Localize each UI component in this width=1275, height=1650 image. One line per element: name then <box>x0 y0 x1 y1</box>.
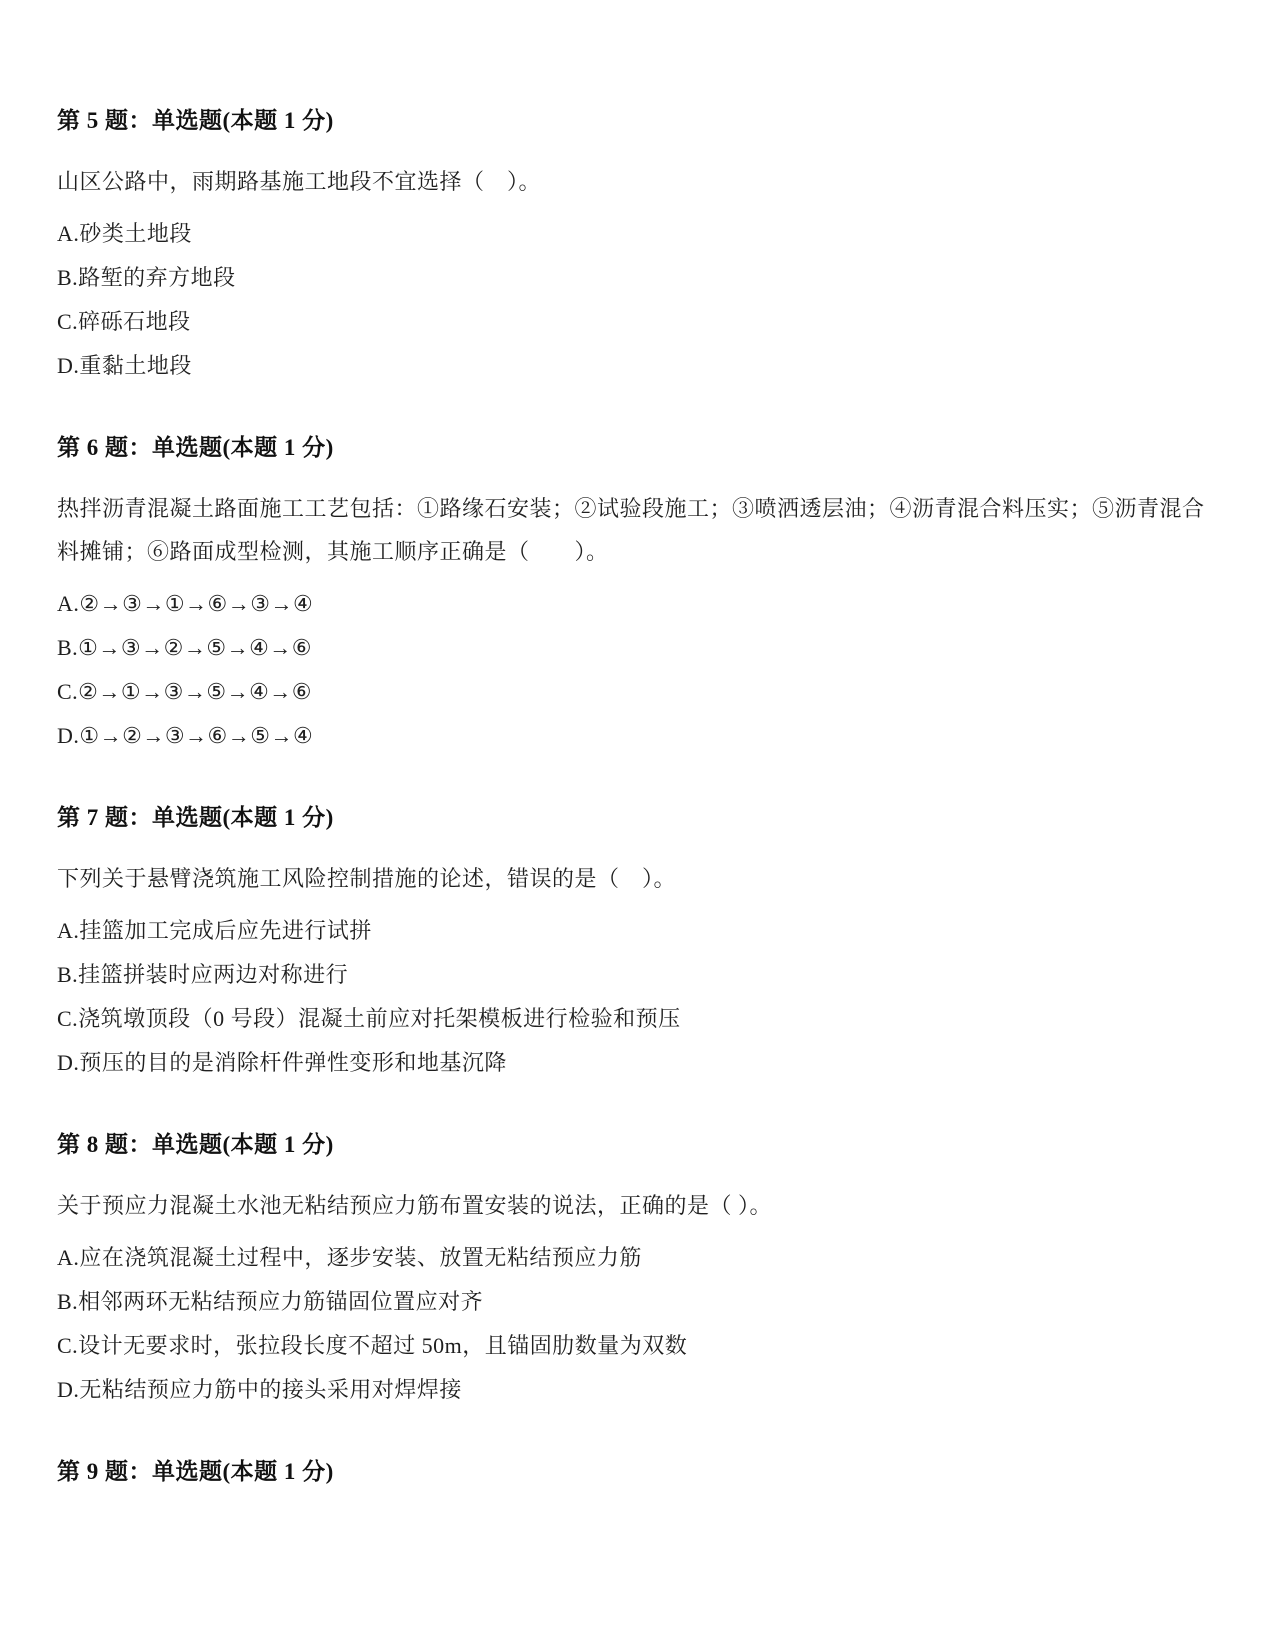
question-7-option-c: C.浇筑墩顶段（0 号段）混凝土前应对托架模板进行检验和预压 <box>57 1005 1218 1032</box>
question-5-stem: 山区公路中，雨期路基施工地段不宜选择（ ）。 <box>57 160 1218 203</box>
question-8: 第 8 题：单选题(本题 1 分) 关于预应力混凝土水池无粘结预应力筋布置安装的… <box>57 1132 1218 1403</box>
question-8-option-c: C.设计无要求时，张拉段长度不超过 50m，且锚固肋数量为双数 <box>57 1332 1218 1359</box>
question-8-option-b: B.相邻两环无粘结预应力筋锚固位置应对齐 <box>57 1288 1218 1315</box>
question-5-option-c: C.碎砾石地段 <box>57 308 1218 335</box>
question-6-stem: 热拌沥青混凝土路面施工工艺包括：①路缘石安装；②试验段施工；③喷洒透层油；④沥青… <box>57 487 1218 573</box>
question-6-option-a: A.②→③→①→⑥→③→④ <box>57 590 1218 617</box>
question-5-header: 第 5 题：单选题(本题 1 分) <box>57 108 1218 134</box>
question-5-option-a: A.砂类土地段 <box>57 220 1218 247</box>
question-7-stem: 下列关于悬臂浇筑施工风险控制措施的论述，错误的是（ ）。 <box>57 857 1218 900</box>
question-8-option-d: D.无粘结预应力筋中的接头采用对焊焊接 <box>57 1376 1218 1403</box>
question-6-option-b: B.①→③→②→⑤→④→⑥ <box>57 634 1218 661</box>
question-5-option-d: D.重黏土地段 <box>57 352 1218 379</box>
question-5-option-b: B.路堑的弃方地段 <box>57 264 1218 291</box>
question-7: 第 7 题：单选题(本题 1 分) 下列关于悬臂浇筑施工风险控制措施的论述，错误… <box>57 805 1218 1076</box>
question-8-option-a: A.应在浇筑混凝土过程中，逐步安装、放置无粘结预应力筋 <box>57 1244 1218 1271</box>
question-6-option-d: D.①→②→③→⑥→⑤→④ <box>57 722 1218 749</box>
question-6-option-c: C.②→①→③→⑤→④→⑥ <box>57 678 1218 705</box>
question-8-stem: 关于预应力混凝土水池无粘结预应力筋布置安装的说法，正确的是（ ）。 <box>57 1184 1218 1227</box>
question-8-header: 第 8 题：单选题(本题 1 分) <box>57 1132 1218 1158</box>
question-7-option-a: A.挂篮加工完成后应先进行试拼 <box>57 917 1218 944</box>
question-9: 第 9 题：单选题(本题 1 分) <box>57 1459 1218 1485</box>
question-7-option-b: B.挂篮拼装时应两边对称进行 <box>57 961 1218 988</box>
exam-document-page: 第 5 题：单选题(本题 1 分) 山区公路中，雨期路基施工地段不宜选择（ ）。… <box>0 0 1275 1650</box>
question-7-header: 第 7 题：单选题(本题 1 分) <box>57 805 1218 831</box>
question-5: 第 5 题：单选题(本题 1 分) 山区公路中，雨期路基施工地段不宜选择（ ）。… <box>57 108 1218 379</box>
question-7-option-d: D.预压的目的是消除杆件弹性变形和地基沉降 <box>57 1049 1218 1076</box>
question-6-header: 第 6 题：单选题(本题 1 分) <box>57 435 1218 461</box>
question-9-header: 第 9 题：单选题(本题 1 分) <box>57 1459 1218 1485</box>
question-6: 第 6 题：单选题(本题 1 分) 热拌沥青混凝土路面施工工艺包括：①路缘石安装… <box>57 435 1218 749</box>
